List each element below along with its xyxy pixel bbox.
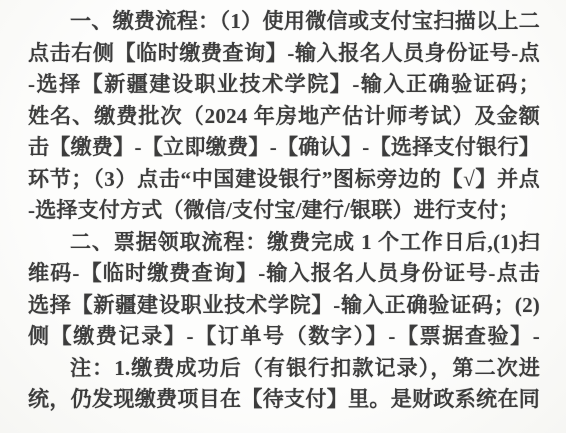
text-line: 维码-【临时缴费查询】-输入报名人员身份证号-点击【个人】- [28,258,540,290]
text-line: 姓名、缴费批次（2024 年房地产估计师考试）及金额并依次点 [28,101,540,133]
text-line: -选择支付方式（微信/支付宝/建行/银联）进行支付； [28,195,540,227]
paragraph-receipt-process: 二、票据领取流程：缴费完成 1 个工作日后,(1)扫描以上二 维码-【临时缴费查… [28,227,540,353]
scanned-document-page: 一、缴费流程：（1）使用微信或支付宝扫描以上二维码， 点击右侧【临时缴费查询】-… [0,0,566,433]
text-line: 选择【新疆建设职业技术学院】-输入正确验证码；(2)点击最右 [28,290,540,322]
text-line: 统，仍发现缴费项目在【待支付】里。是财政系统在同步数据， [28,384,540,416]
text-line: 点击右侧【临时缴费查询】-输入报名人员身份证号-点击【个人】 [28,38,540,70]
text-line: 二、票据领取流程：缴费完成 1 个工作日后,(1)扫描以上二 [28,227,540,259]
paragraph-note: 注：1.缴费成功后（有银行扣款记录），第二次进入缴费系 统，仍发现缴费项目在【待… [28,353,540,416]
text-line: 注：1.缴费成功后（有银行扣款记录），第二次进入缴费系 [28,353,540,385]
text-line: -选择【新疆建设职业技术学院】-输入正确验证码；（2）确认 [28,69,540,101]
text-line: 侧【缴费记录】-【订单号（数字）】-【票据查验】-【票据下载】; [28,321,540,353]
text-line: 一、缴费流程：（1）使用微信或支付宝扫描以上二维码， [28,6,540,38]
text-line: 环节；（3）点击“中国建设银行”图标旁边的【√】并点击【提交】 [28,164,540,196]
paragraph-payment-process: 一、缴费流程：（1）使用微信或支付宝扫描以上二维码， 点击右侧【临时缴费查询】-… [28,6,540,227]
text-line: 击【缴费】-【立即缴费】-【确认】-【选择支付银行】进入支付 [28,132,540,164]
